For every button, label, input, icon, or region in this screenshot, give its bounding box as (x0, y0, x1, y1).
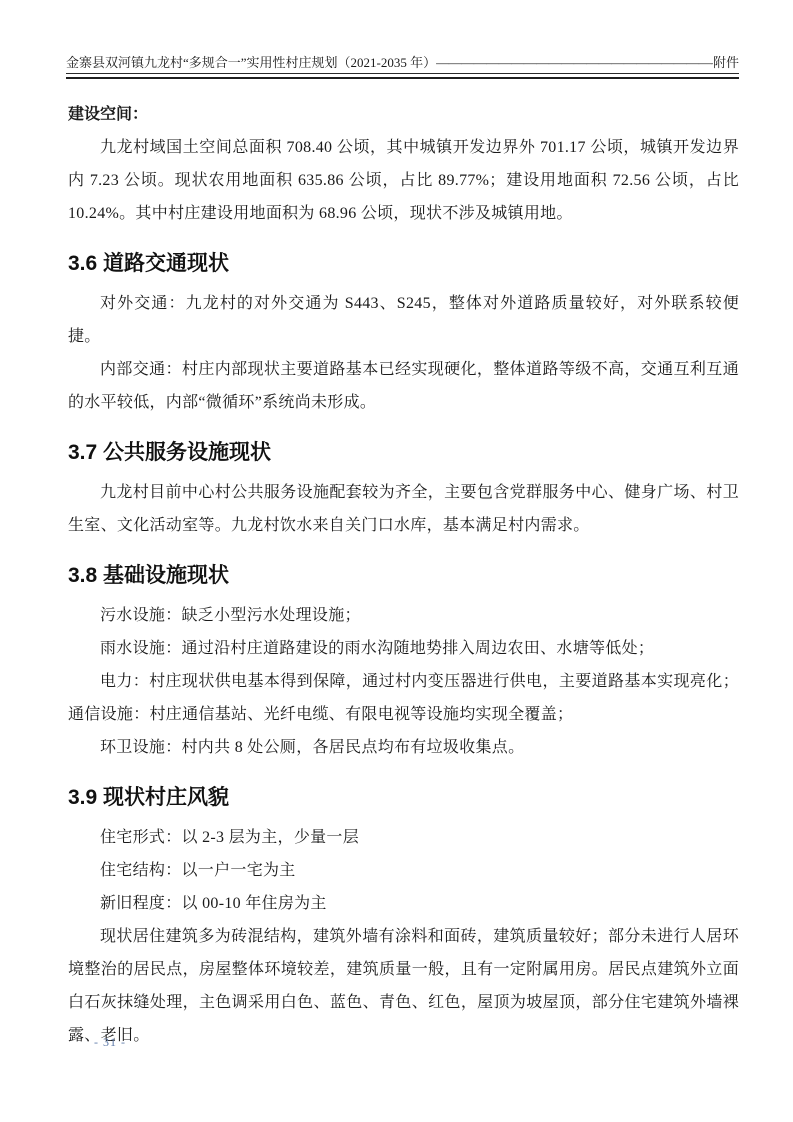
page-header-row: 金寨县双河镇九龙村“多规合一”实用性村庄规划（2021-2035 年） ————… (66, 54, 739, 74)
header-dash-leader: —————————————————————————————— (436, 54, 713, 72)
section-3-8-paragraph: 雨水设施：通过沿村庄道路建设的雨水沟随地势排入周边农田、水塘等低处； (68, 632, 739, 665)
section-3-8-paragraph: 电力：村庄现状供电基本得到保障，通过村内变压器进行供电，主要道路基本实现亮化；通… (68, 665, 739, 731)
section-heading-3-9: 3.9 现状村庄风貌 (68, 784, 739, 812)
section-heading-3-8: 3.8 基础设施现状 (68, 562, 739, 590)
intro-label: 建设空间： (68, 98, 739, 131)
intro-paragraph: 九龙村域国土空间总面积 708.40 公顷，其中城镇开发边界外 701.17 公… (68, 131, 739, 230)
section-3-7-paragraph: 九龙村目前中心村公共服务设施配套较为齐全，主要包含党群服务中心、健身广场、村卫生… (68, 476, 739, 542)
section-3-9-paragraph: 住宅形式：以 2-3 层为主，少量一层 (68, 821, 739, 854)
section-3-9-paragraph: 新旧程度：以 00-10 年住房为主 (68, 887, 739, 920)
section-heading-3-7: 3.7 公共服务设施现状 (68, 439, 739, 467)
document-body: 建设空间： 九龙村域国土空间总面积 708.40 公顷，其中城镇开发边界外 70… (68, 98, 739, 1052)
section-3-6-paragraph: 对外交通：九龙村的对外交通为 S443、S245，整体对外道路质量较好，对外联系… (68, 287, 739, 353)
document-page: 金寨县双河镇九龙村“多规合一”实用性村庄规划（2021-2035 年） ————… (0, 0, 793, 1122)
section-heading-3-6: 3.6 道路交通现状 (68, 250, 739, 278)
section-3-6-paragraph: 内部交通：村庄内部现状主要道路基本已经实现硬化，整体道路等级不高，交通互利互通的… (68, 353, 739, 419)
header-title: 金寨县双河镇九龙村“多规合一”实用性村庄规划（2021-2035 年） (66, 54, 436, 72)
section-3-8-paragraph: 污水设施：缺乏小型污水处理设施； (68, 599, 739, 632)
section-3-9-paragraph: 住宅结构：以一户一宅为主 (68, 854, 739, 887)
page-header: 金寨县双河镇九龙村“多规合一”实用性村庄规划（2021-2035 年） ————… (66, 54, 739, 79)
page-number: - 31 - (94, 1035, 126, 1049)
section-3-9-paragraph: 现状居住建筑多为砖混结构，建筑外墙有涂料和面砖，建筑质量较好；部分未进行人居环境… (68, 920, 739, 1052)
section-3-8-paragraph: 环卫设施：村内共 8 处公厕，各居民点均布有垃圾收集点。 (68, 731, 739, 764)
page-footer: - 31 - (94, 1034, 126, 1050)
header-attachment-label: 附件 (713, 54, 739, 72)
